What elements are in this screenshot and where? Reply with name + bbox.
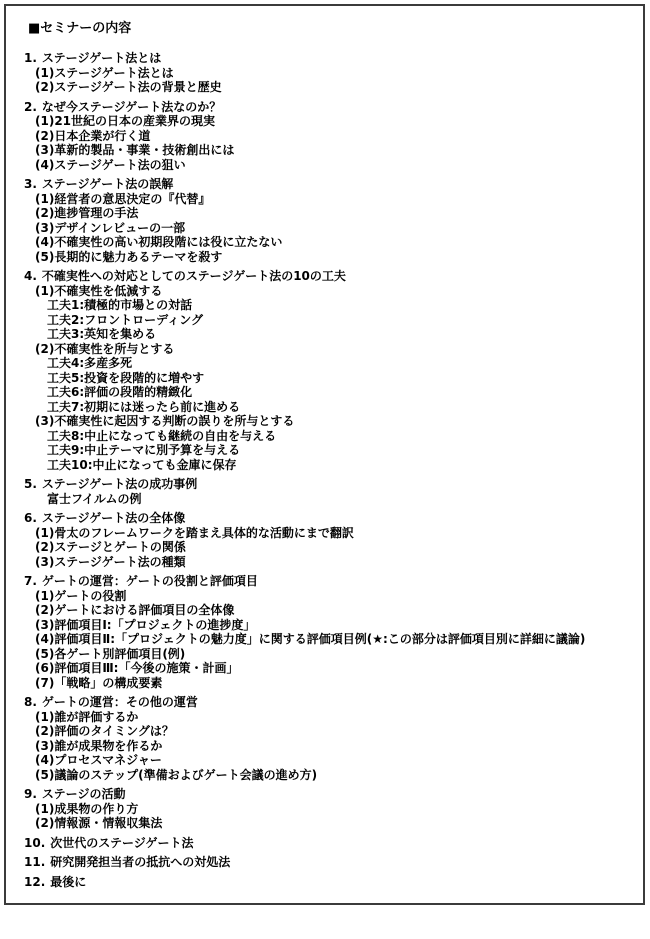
outline-section: 8.ゲートの運営：その他の運営(1)誰が評価するか(2)評価のタイミングは？(3… <box>6 695 643 782</box>
outline-item: 工夫10:中止になっても金庫に保存 <box>6 458 643 473</box>
outline-section: 11.研究開発担当者の抵抗への対処法 <box>6 855 643 870</box>
outline-item: 富士フイルムの例 <box>6 492 643 507</box>
section-heading: 8.ゲートの運営：その他の運営 <box>6 695 643 710</box>
outline-item: (3)誰が成果物を作るか <box>6 739 643 754</box>
section-heading: 10.次世代のステージゲート法 <box>6 836 643 851</box>
outline-item: 工夫2:フロントローディング <box>6 313 643 328</box>
outline-item: (3)評価項目Ⅰ:「プロジェクトの進捗度」 <box>6 618 643 633</box>
outline-item: (5)長期的に魅力あるテーマを殺す <box>6 250 643 265</box>
outline-section: 2.なぜ今ステージゲート法なのか？(1)21世紀の日本の産業界の現実(2)日本企… <box>6 100 643 173</box>
outline-item: 工夫1:積極的市場との対話 <box>6 298 643 313</box>
outline-section: 12.最後に <box>6 875 643 890</box>
section-number: 5. <box>24 477 37 491</box>
section-heading: 6.ステージゲート法の全体像 <box>6 511 643 526</box>
outline-section: 6.ステージゲート法の全体像(1)骨太のフレームワークを踏まえ具体的な活動にまで… <box>6 511 643 569</box>
outline-item: (1)経営者の意思決定の『代替』 <box>6 192 643 207</box>
section-heading: 3.ステージゲート法の誤解 <box>6 177 643 192</box>
section-heading: 12.最後に <box>6 875 643 890</box>
outline-section: 7.ゲートの運営：ゲートの役割と評価項目(1)ゲートの役割(2)ゲートにおける評… <box>6 574 643 690</box>
section-number: 1. <box>24 51 37 65</box>
outline-item: (1)不確実性を低減する <box>6 284 643 299</box>
outline-section: 1.ステージゲート法とは(1)ステージゲート法とは(2)ステージゲート法の背景と… <box>6 51 643 95</box>
outline-item: (4)ステージゲート法の狙い <box>6 158 643 173</box>
section-title: ゲートの運営：ゲートの役割と評価項目 <box>42 574 258 588</box>
outline-item: (1)骨太のフレームワークを踏まえ具体的な活動にまで翻訳 <box>6 526 643 541</box>
outline-item: (3)革新的製品・事業・技術創出には <box>6 143 643 158</box>
section-title: ステージの活動 <box>42 787 126 801</box>
section-heading: 5.ステージゲート法の成功事例 <box>6 477 643 492</box>
outline-item: 工夫6:評価の段階的精緻化 <box>6 385 643 400</box>
outline-item: 工夫4:多産多死 <box>6 356 643 371</box>
outline-item: 工夫9:中止テーマに別予算を与える <box>6 443 643 458</box>
outline-item: 工夫5:投資を段階的に増やす <box>6 371 643 386</box>
section-title: 最後に <box>50 875 86 889</box>
outline-item: (6)評価項目Ⅲ:「今後の施策・計画」 <box>6 661 643 676</box>
outline-item: (2)ゲートにおける評価項目の全体像 <box>6 603 643 618</box>
section-title: 不確実性への対応としてのステージゲート法の10の工夫 <box>42 269 346 283</box>
section-title: なぜ今ステージゲート法なのか？ <box>42 100 221 114</box>
outline-item: (2)進捗管理の手法 <box>6 206 643 221</box>
section-heading: 2.なぜ今ステージゲート法なのか？ <box>6 100 643 115</box>
outline-item: 工夫7:初期には迷ったら前に進める <box>6 400 643 415</box>
outline-item: (2)評価のタイミングは？ <box>6 724 643 739</box>
outline-item: (2)情報源・情報収集法 <box>6 816 643 831</box>
outline-item: 工夫8:中止になっても継続の自由を与える <box>6 429 643 444</box>
outline-item: (2)ステージとゲートの関係 <box>6 540 643 555</box>
outline-item: (7)「戦略」の構成要素 <box>6 676 643 691</box>
outline-item: (1)21世紀の日本の産業界の現実 <box>6 114 643 129</box>
outline-item: (2)日本企業が行く道 <box>6 129 643 144</box>
outline-item: (1)誰が評価するか <box>6 710 643 725</box>
section-number: 4. <box>24 269 37 283</box>
outline-section: 5.ステージゲート法の成功事例富士フイルムの例 <box>6 477 643 506</box>
outline-item: (4)プロセスマネジャー <box>6 753 643 768</box>
outline-section: 4.不確実性への対応としてのステージゲート法の10の工夫(1)不確実性を低減する… <box>6 269 643 472</box>
section-number: 11. <box>24 855 45 869</box>
section-title: ステージゲート法の誤解 <box>42 177 173 191</box>
section-number: 12. <box>24 875 45 889</box>
document-frame: ■セミナーの内容 1.ステージゲート法とは(1)ステージゲート法とは(2)ステー… <box>4 4 645 905</box>
section-number: 8. <box>24 695 37 709</box>
outline-item: (1)ゲートの役割 <box>6 589 643 604</box>
section-number: 10. <box>24 836 45 850</box>
outline-item: (2)不確実性を所与とする <box>6 342 643 357</box>
section-number: 6. <box>24 511 37 525</box>
outline-item: (4)評価項目Ⅱ:「プロジェクトの魅力度」に関する評価項目例(★:この部分は評価… <box>6 632 643 647</box>
section-title: ステージゲート法の全体像 <box>42 511 185 525</box>
outline-item: (3)不確実性に起因する判断の誤りを所与とする <box>6 414 643 429</box>
page-title: ■セミナーの内容 <box>28 21 643 37</box>
section-heading: 9.ステージの活動 <box>6 787 643 802</box>
outline-item: (5)議論のステップ(準備およびゲート会議の進め方) <box>6 768 643 783</box>
outline-item: (3)ステージゲート法の種類 <box>6 555 643 570</box>
outline-section: 10.次世代のステージゲート法 <box>6 836 643 851</box>
section-title: 研究開発担当者の抵抗への対処法 <box>50 855 230 869</box>
section-title: ステージゲート法の成功事例 <box>42 477 197 491</box>
outline-item: (1)ステージゲート法とは <box>6 66 643 81</box>
outline-item: (3)デザインレビューの一部 <box>6 221 643 236</box>
section-number: 7. <box>24 574 37 588</box>
outline-section: 3.ステージゲート法の誤解(1)経営者の意思決定の『代替』(2)進捗管理の手法(… <box>6 177 643 264</box>
section-heading: 1.ステージゲート法とは <box>6 51 643 66</box>
section-heading: 4.不確実性への対応としてのステージゲート法の10の工夫 <box>6 269 643 284</box>
outline-item: (5)各ゲート別評価項目(例) <box>6 647 643 662</box>
section-number: 3. <box>24 177 37 191</box>
seminar-outline: 1.ステージゲート法とは(1)ステージゲート法とは(2)ステージゲート法の背景と… <box>6 51 643 889</box>
section-title: ステージゲート法とは <box>42 51 161 65</box>
outline-item: (2)ステージゲート法の背景と歴史 <box>6 80 643 95</box>
outline-item: (1)成果物の作り方 <box>6 802 643 817</box>
section-title: 次世代のステージゲート法 <box>50 836 193 850</box>
section-title: ゲートの運営：その他の運営 <box>42 695 198 709</box>
section-heading: 7.ゲートの運営：ゲートの役割と評価項目 <box>6 574 643 589</box>
outline-section: 9.ステージの活動(1)成果物の作り方(2)情報源・情報収集法 <box>6 787 643 831</box>
section-number: 9. <box>24 787 37 801</box>
section-number: 2. <box>24 100 37 114</box>
outline-item: (4)不確実性の高い初期段階には役に立たない <box>6 235 643 250</box>
outline-item: 工夫3:英知を集める <box>6 327 643 342</box>
section-heading: 11.研究開発担当者の抵抗への対処法 <box>6 855 643 870</box>
